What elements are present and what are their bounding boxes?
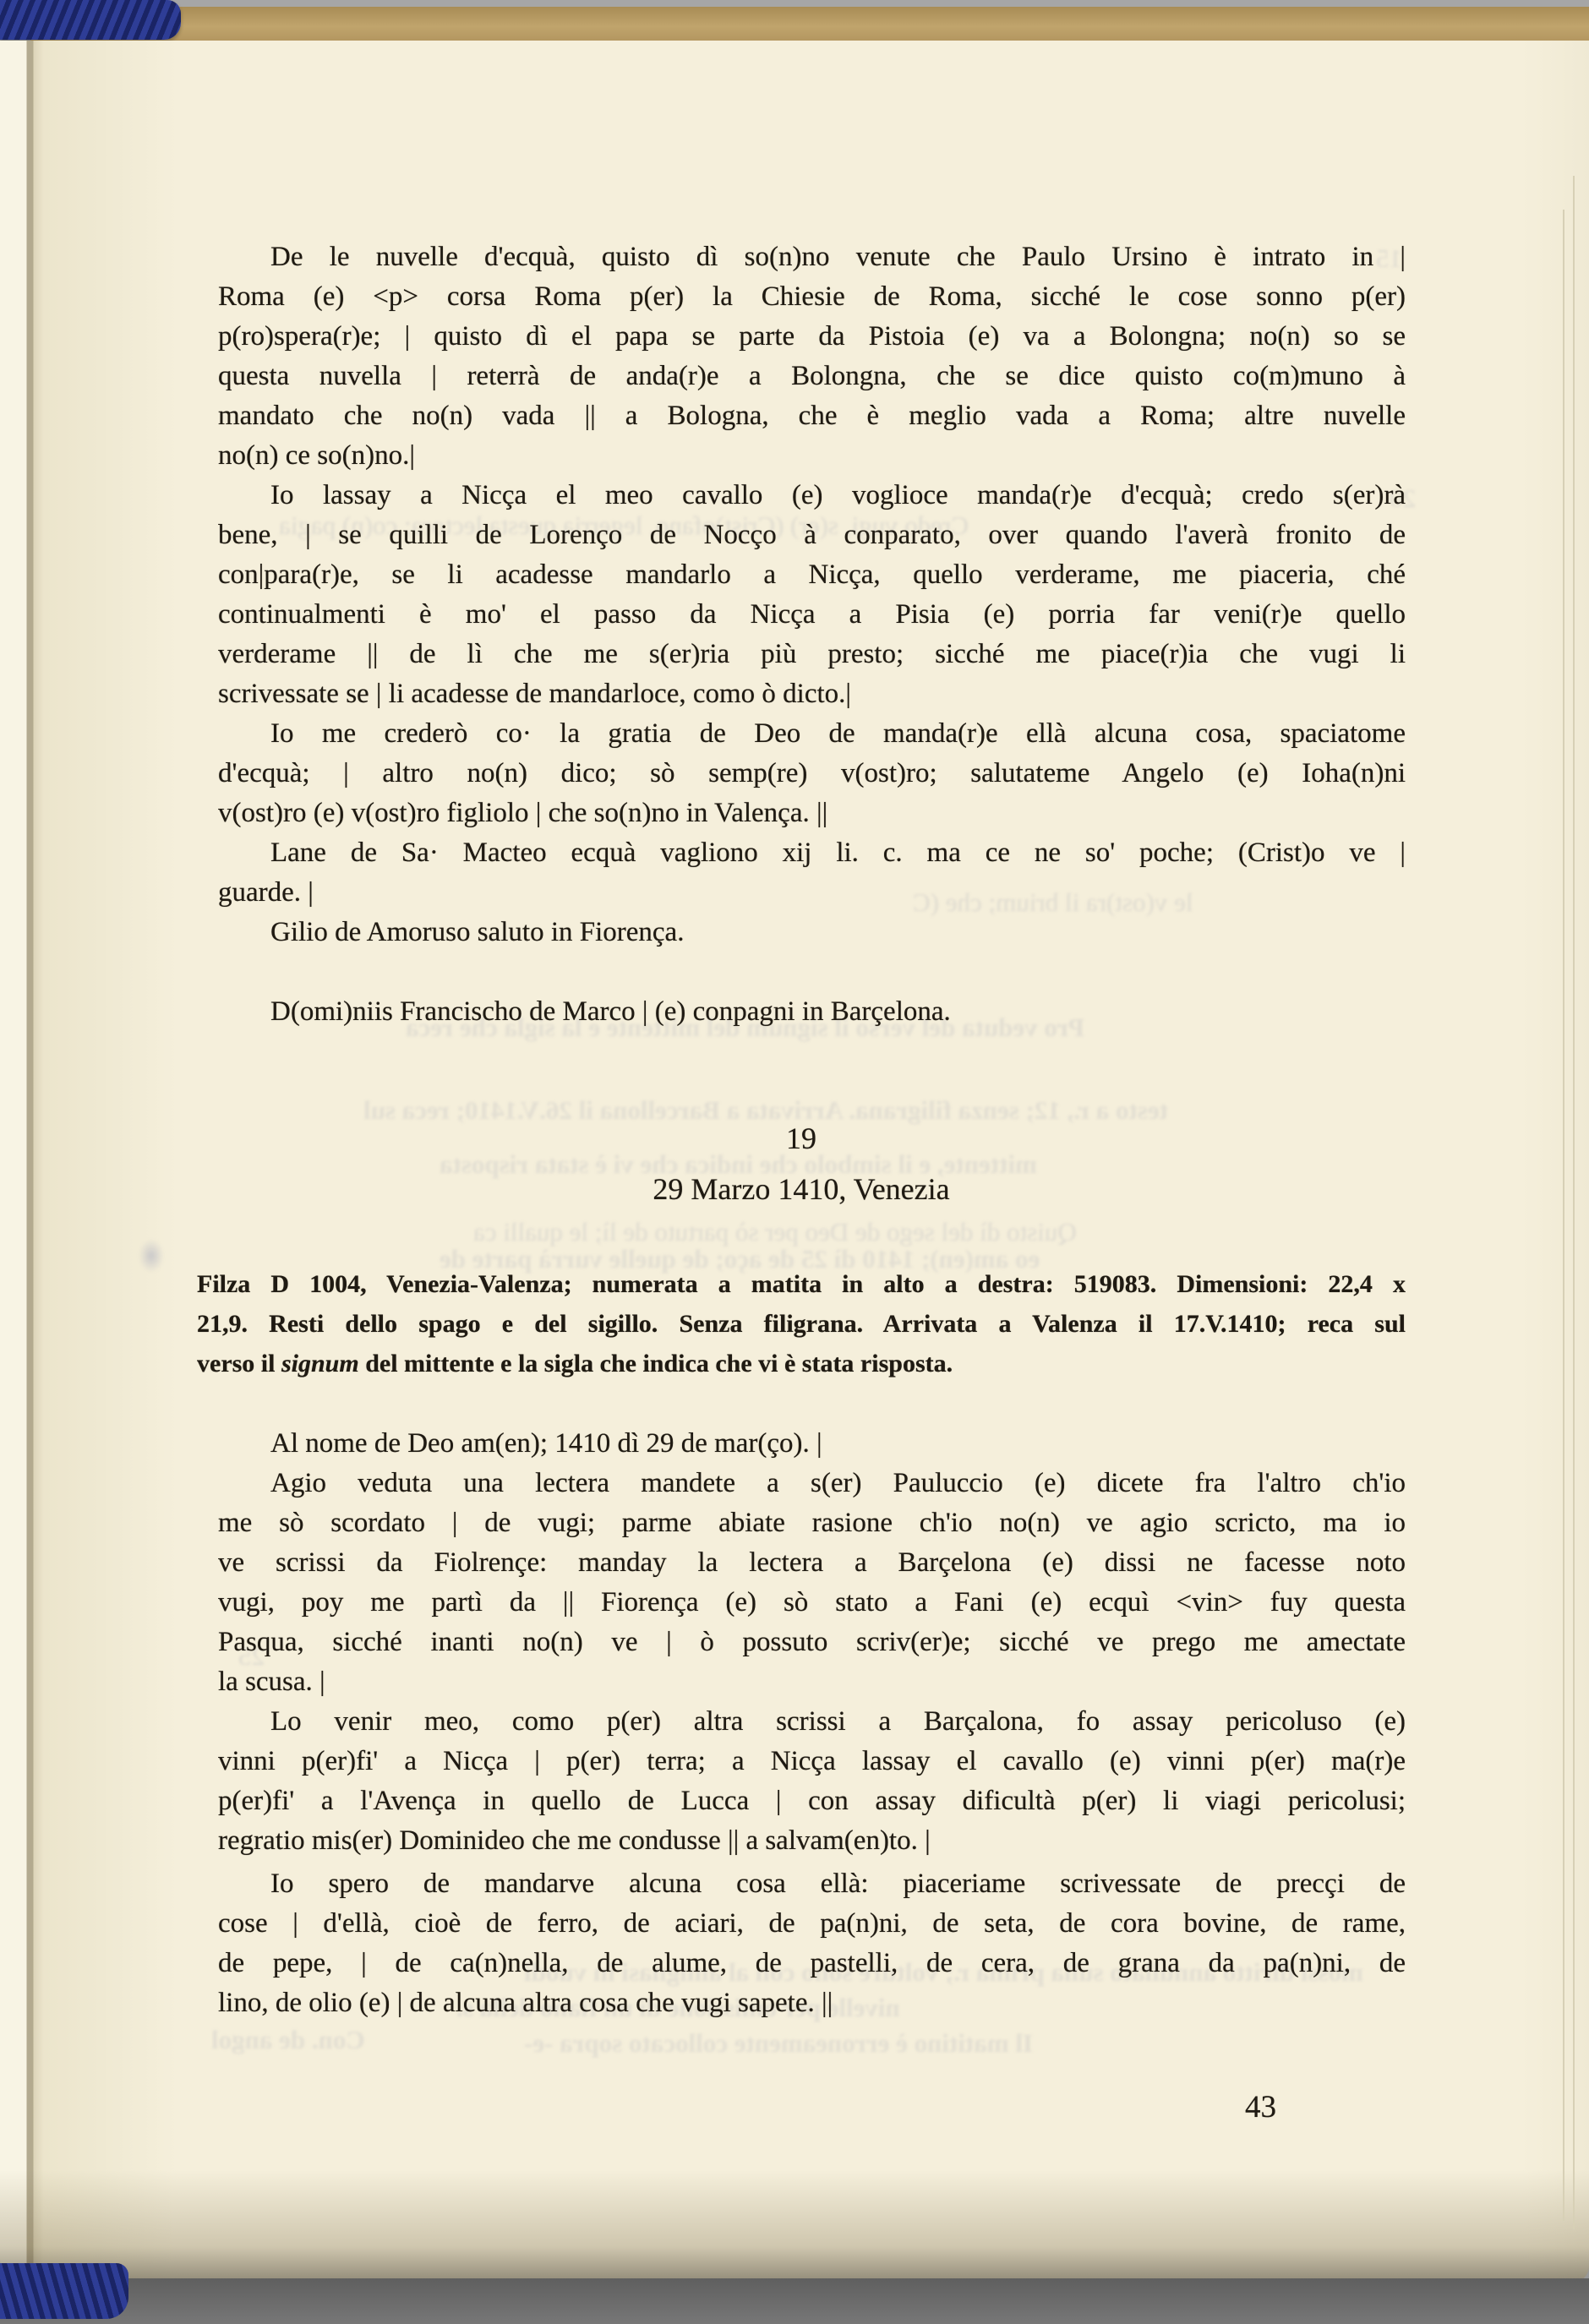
showthrough-text: Con. de angol bbox=[211, 2025, 365, 2055]
scanner-background-bottom bbox=[0, 2278, 1589, 2324]
italic-term: signum bbox=[281, 1350, 359, 1377]
text-line: Pasqua, sicché inanti no(n) ve | ò possu… bbox=[218, 1623, 1406, 1662]
letter-salutation-line: Al nome de Deo am(en); 1410 dì 29 de mar… bbox=[218, 1424, 1406, 1464]
text-line: mandato che no(n) vada || a Bologna, che… bbox=[218, 396, 1406, 436]
headband-top bbox=[0, 0, 181, 40]
showthrough-text: Il matitino è erroneamente collocato sop… bbox=[524, 2028, 1033, 2059]
text-line: scrivessate se | li acadesse de mandarlo… bbox=[218, 674, 1406, 714]
text-line: bene, | se quilli de Lorenço de Nocço à … bbox=[218, 516, 1406, 555]
text-line: Filza D 1004, Venezia-Valenza; numerata … bbox=[197, 1264, 1406, 1304]
text-line: De le nuvelle d'ecquà, quisto dì so(n)no… bbox=[218, 237, 1406, 277]
text-line: D(omi)niis Francischo de Marco | (e) con… bbox=[218, 992, 1406, 1032]
text-line: Io me crederò co· la gratia de Deo de ma… bbox=[218, 714, 1406, 754]
text-line: continualmenti è mo' el passo da Nicça a… bbox=[218, 595, 1406, 635]
letter-paragraph-prices: Io spero de mandarve alcuna cosa ellà: p… bbox=[218, 1864, 1406, 2023]
book-page: 1520Credo vugi, s(er) (Crist)ofano, lege… bbox=[0, 41, 1589, 2282]
page-stack-edge-line bbox=[1573, 176, 1575, 2229]
text-line: verderame || de lì che me s(er)ria più p… bbox=[218, 635, 1406, 674]
text-line: questa nuvella | reterrà de anda(r)e a B… bbox=[218, 357, 1406, 396]
apparatus-note: Filza D 1004, Venezia-Valenza; numerata … bbox=[197, 1264, 1406, 1383]
text-line: Lane de Sa· Macteo ecquà vagliono xij li… bbox=[218, 833, 1406, 873]
text-line: ve scrissi da Fiolrençe: manday la lecte… bbox=[218, 1543, 1406, 1583]
letter-signature-line: Gilio de Amoruso saluto in Fiorença. bbox=[218, 913, 1406, 952]
showthrough-text: Quisto dì del sego de Deo per sò partuto… bbox=[473, 1217, 1077, 1247]
text-line: la scusa. | bbox=[218, 1662, 1406, 1702]
text-line: con|para(r)e, se li acadesse mandarlo a … bbox=[218, 555, 1406, 595]
letter-paragraph-greetings: Io me crederò co· la gratia de Deo de ma… bbox=[218, 714, 1406, 833]
text-line: cose | d'ellà, cioè de ferro, de aciari,… bbox=[218, 1904, 1406, 1944]
headband-bottom bbox=[0, 2263, 128, 2319]
text-line: guarde. | bbox=[218, 873, 1406, 913]
text-line: no(n) ce so(n)no.| bbox=[218, 436, 1406, 476]
text-line: de pepe, | de ca(n)nella, de alume, de p… bbox=[218, 1944, 1406, 1983]
text-line: lino, de olio (e) | de alcuna altra cosa… bbox=[218, 1983, 1406, 2023]
page-number: 43 bbox=[1141, 2089, 1276, 2125]
text-line: Io lassay a Nicça el meo cavallo (e) vog… bbox=[218, 476, 1406, 516]
text-line: v(ost)ro (e) v(ost)ro figliolo | che so(… bbox=[218, 794, 1406, 833]
text-line: d'ecquà; | altro no(n) dico; sò semp(re)… bbox=[218, 754, 1406, 794]
text-line: Al nome de Deo am(en); 1410 dì 29 de mar… bbox=[218, 1424, 1406, 1464]
text-line: Agio veduta una lectera mandete a s(er) … bbox=[218, 1464, 1406, 1503]
text-line: vugi, poy me partì da || Fiorença (e) sò… bbox=[218, 1583, 1406, 1623]
letter-address-line: D(omi)niis Francischo de Marco | (e) con… bbox=[218, 992, 1406, 1032]
text-line: Roma (e) <p> corsa Roma p(er) la Chiesie… bbox=[218, 277, 1406, 317]
text-line: p(er)fi' a l'Avença in quello de Lucca |… bbox=[218, 1781, 1406, 1821]
text-line: p(ro)spera(r)e; | quisto dì el papa se p… bbox=[218, 317, 1406, 357]
text-line: Gilio de Amoruso saluto in Fiorença. bbox=[218, 913, 1406, 952]
letter-paragraph-excuse: Agio veduta una lectera mandete a s(er) … bbox=[218, 1464, 1406, 1702]
text-line: Lo venir meo, como p(er) altra scrissi a… bbox=[218, 1702, 1406, 1742]
letter-paragraph-horse: Io lassay a Nicça el meo cavallo (e) vog… bbox=[218, 476, 1406, 714]
letter-paragraph-wool: Lane de Sa· Macteo ecquà vagliono xij li… bbox=[218, 833, 1406, 913]
letter-number-heading: 19 bbox=[197, 1121, 1406, 1156]
ink-smudge bbox=[139, 1239, 164, 1273]
scanned-book-page: { "page": { "number": "43", "paper_color… bbox=[0, 0, 1589, 2324]
page-stack-edge-line bbox=[1563, 210, 1564, 2221]
text-line: 21,9. Resti dello spago e del sigillo. S… bbox=[197, 1304, 1406, 1344]
letter-paragraph-journey: Lo venir meo, como p(er) altra scrissi a… bbox=[218, 1702, 1406, 1861]
letter-paragraph-news: De le nuvelle d'ecquà, quisto dì so(n)no… bbox=[218, 237, 1406, 476]
text-line: me sò scordato | de vugi; parme abiate r… bbox=[218, 1503, 1406, 1543]
text-line: verso il signum del mittente e la sigla … bbox=[197, 1344, 1406, 1383]
book-top-edge bbox=[29, 7, 1589, 42]
text-line: vinni p(er)fi' a Nicça | p(er) terra; a … bbox=[218, 1742, 1406, 1781]
text-line: regratio mis(er) Dominideo che me condus… bbox=[218, 1821, 1406, 1861]
text-line: Io spero de mandarve alcuna cosa ellà: p… bbox=[218, 1864, 1406, 1904]
letter-date-heading: 29 Marzo 1410, Venezia bbox=[197, 1171, 1406, 1207]
